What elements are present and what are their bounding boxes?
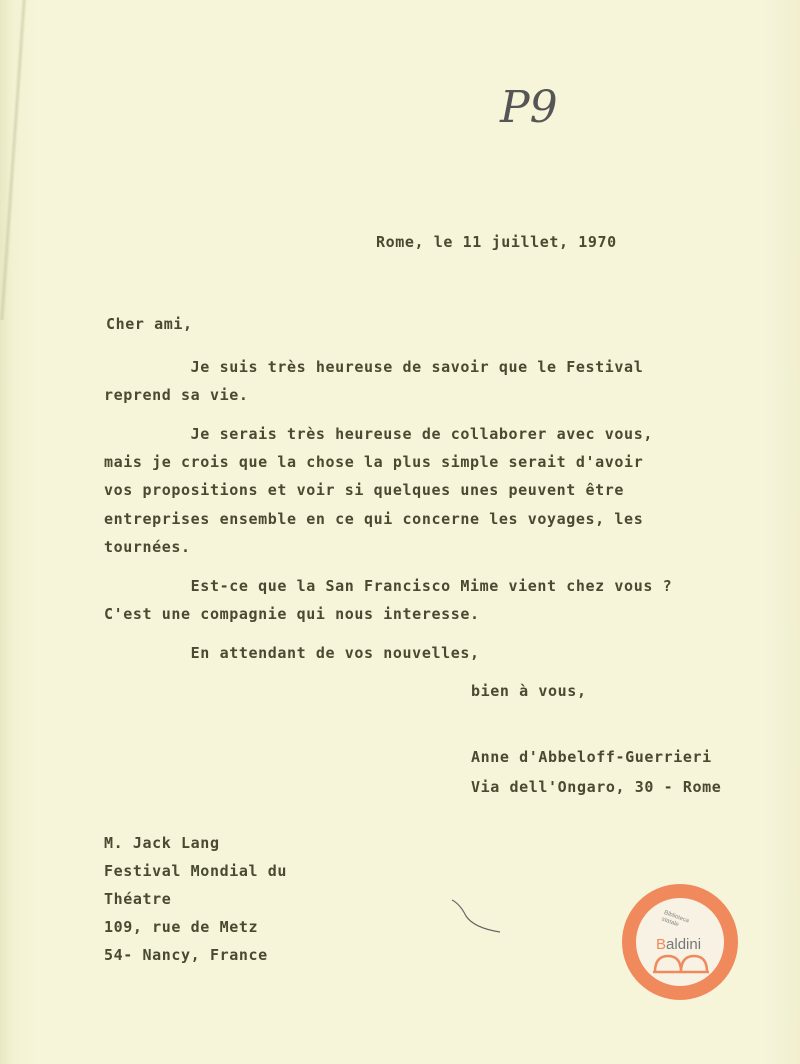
signature-name: Anne d'Abbeloff-Guerrieri (471, 748, 712, 766)
recipient-line-2: Festival Mondial du (104, 862, 287, 880)
library-stamp: Biblioteca statale Baldini (622, 884, 738, 1000)
date-line: Rome, le 11 juillet, 1970 (376, 233, 617, 251)
salutation: Cher ami, (106, 315, 193, 333)
paragraph-2-line-1: Je serais très heureuse de collaborer av… (104, 425, 653, 443)
recipient-line-4: 109, rue de Metz (104, 918, 258, 936)
book-arches-icon (653, 954, 709, 974)
letter-page: P9 Rome, le 11 juillet, 1970 Cher ami, J… (0, 0, 800, 1064)
paragraph-1-line-1: Je suis très heureuse de savoir que le F… (104, 358, 643, 376)
paragraph-2-line-4: entreprises ensemble en ce qui concerne … (104, 510, 643, 528)
stamp-initial: B (656, 936, 666, 953)
paper-crease (0, 0, 27, 320)
stamp-name: Baldini (656, 936, 701, 953)
recipient-line-3: Théatre (104, 890, 171, 908)
paragraph-3-line-2: C'est une compagnie qui nous interesse. (104, 605, 480, 623)
recipient-line-1: M. Jack Lang (104, 834, 220, 852)
paragraph-4-line-1: En attendant de vos nouvelles, (104, 644, 480, 662)
recipient-line-5: 54- Nancy, France (104, 946, 268, 964)
closing: bien à vous, (471, 682, 587, 700)
paragraph-2-line-5: tournées. (104, 538, 191, 556)
signature-address: Via dell'Ongaro, 30 - Rome (471, 778, 721, 796)
paragraph-2-line-3: vos propositions et voir si quelques une… (104, 481, 624, 499)
paragraph-1-line-2: reprend sa vie. (104, 386, 248, 404)
handwritten-archive-note: P9 (500, 82, 558, 133)
stamp-name-rest: aldini (666, 936, 701, 953)
paragraph-3-line-1: Est-ce que la San Francisco Mime vient c… (104, 577, 672, 595)
stamp-small-text: Biblioteca statale (660, 910, 689, 932)
paragraph-2-line-2: mais je crois que la chose la plus simpl… (104, 453, 643, 471)
pen-mark (448, 896, 508, 936)
